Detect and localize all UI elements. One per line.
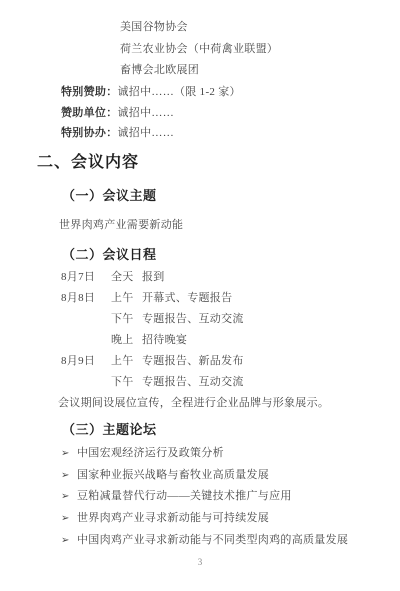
forum-topic-text: 国家种业振兴战略与畜牧业高质量发展 — [77, 469, 269, 481]
agenda-row: 晚上招待晚宴 — [61, 333, 187, 347]
agenda-time: 下午 — [111, 312, 142, 326]
sponsorship-value: 诚招中…… — [118, 127, 175, 139]
agenda-time: 上午 — [111, 354, 142, 368]
sponsorship-value: 诚招中……（限 1-2 家） — [118, 86, 241, 98]
agenda-date: 8月8日 — [61, 291, 111, 305]
forum-topic: ➢中国肉鸡产业寻求新动能与不同类型肉鸡的高质量发展 — [61, 533, 348, 548]
section-title: 二、会议内容 — [37, 153, 139, 173]
agenda-event: 专题报告、互动交流 — [142, 376, 244, 388]
arrow-bullet-icon: ➢ — [61, 447, 77, 461]
partner-org: 畜博会北欧展团 — [120, 63, 199, 77]
sponsorship-row: 赞助单位：诚招中…… — [61, 106, 174, 120]
agenda-event: 专题报告、互动交流 — [142, 313, 244, 325]
page-number: 3 — [0, 556, 400, 568]
sponsorship-row: 特别协办：诚招中…… — [61, 126, 174, 140]
agenda-row: 下午专题报告、互动交流 — [61, 312, 244, 326]
agenda-note: 会议期间设展位宣传，全程进行企业品牌与形象展示。 — [58, 396, 329, 410]
theme-body: 世界肉鸡产业需要新动能 — [59, 218, 183, 232]
forum-topic-text: 世界肉鸡产业寻求新动能与可持续发展 — [77, 512, 269, 524]
agenda-date: 8月9日 — [61, 354, 111, 368]
forum-topic: ➢豆粕减量替代行动——关键技术推广与应用 — [61, 489, 292, 504]
sponsorship-value: 诚招中…… — [118, 107, 175, 119]
agenda-event: 招待晚宴 — [142, 334, 187, 346]
arrow-bullet-icon: ➢ — [61, 512, 77, 526]
forum-topic-text: 中国宏观经济运行及政策分析 — [77, 447, 224, 459]
agenda-time: 上午 — [111, 291, 142, 305]
agenda-event: 专题报告、新品发布 — [142, 355, 244, 367]
subsection-heading-forum: （三）主题论坛 — [62, 422, 157, 438]
agenda-time: 下午 — [111, 375, 142, 389]
arrow-bullet-icon: ➢ — [61, 469, 77, 483]
sponsorship-label: 特别协办： — [61, 127, 118, 139]
agenda-row: 下午专题报告、互动交流 — [61, 375, 244, 389]
arrow-bullet-icon: ➢ — [61, 490, 77, 504]
agenda-row: 8月9日上午专题报告、新品发布 — [61, 354, 244, 368]
forum-topic-text: 中国肉鸡产业寻求新动能与不同类型肉鸡的高质量发展 — [77, 534, 348, 546]
agenda-event: 开幕式、专题报告 — [142, 292, 232, 304]
agenda-time: 晚上 — [111, 333, 142, 347]
sponsorship-label: 赞助单位： — [61, 107, 118, 119]
partner-org: 美国谷物协会 — [120, 20, 188, 34]
subsection-heading-agenda: （二）会议日程 — [62, 247, 157, 263]
partner-org: 荷兰农业协会（中荷禽业联盟） — [120, 42, 278, 56]
agenda-row: 8月7日全天报到 — [61, 270, 165, 284]
forum-topic: ➢国家种业振兴战略与畜牧业高质量发展 — [61, 468, 269, 483]
subsection-heading-theme: （一）会议主题 — [62, 188, 157, 204]
arrow-bullet-icon: ➢ — [61, 534, 77, 548]
sponsorship-label: 特别赞助： — [61, 86, 118, 98]
sponsorship-row: 特别赞助：诚招中……（限 1-2 家） — [61, 85, 241, 99]
forum-topic-text: 豆粕减量替代行动——关键技术推广与应用 — [77, 490, 292, 502]
agenda-time: 全天 — [111, 270, 142, 284]
agenda-row: 8月8日上午开幕式、专题报告 — [61, 291, 232, 305]
agenda-event: 报到 — [142, 271, 165, 283]
forum-topic: ➢中国宏观经济运行及政策分析 — [61, 446, 224, 461]
forum-topic: ➢世界肉鸡产业寻求新动能与可持续发展 — [61, 511, 269, 526]
agenda-date: 8月7日 — [61, 270, 111, 284]
document-page: 美国谷物协会 荷兰农业协会（中荷禽业联盟） 畜博会北欧展团 特别赞助：诚招中……… — [0, 0, 400, 591]
